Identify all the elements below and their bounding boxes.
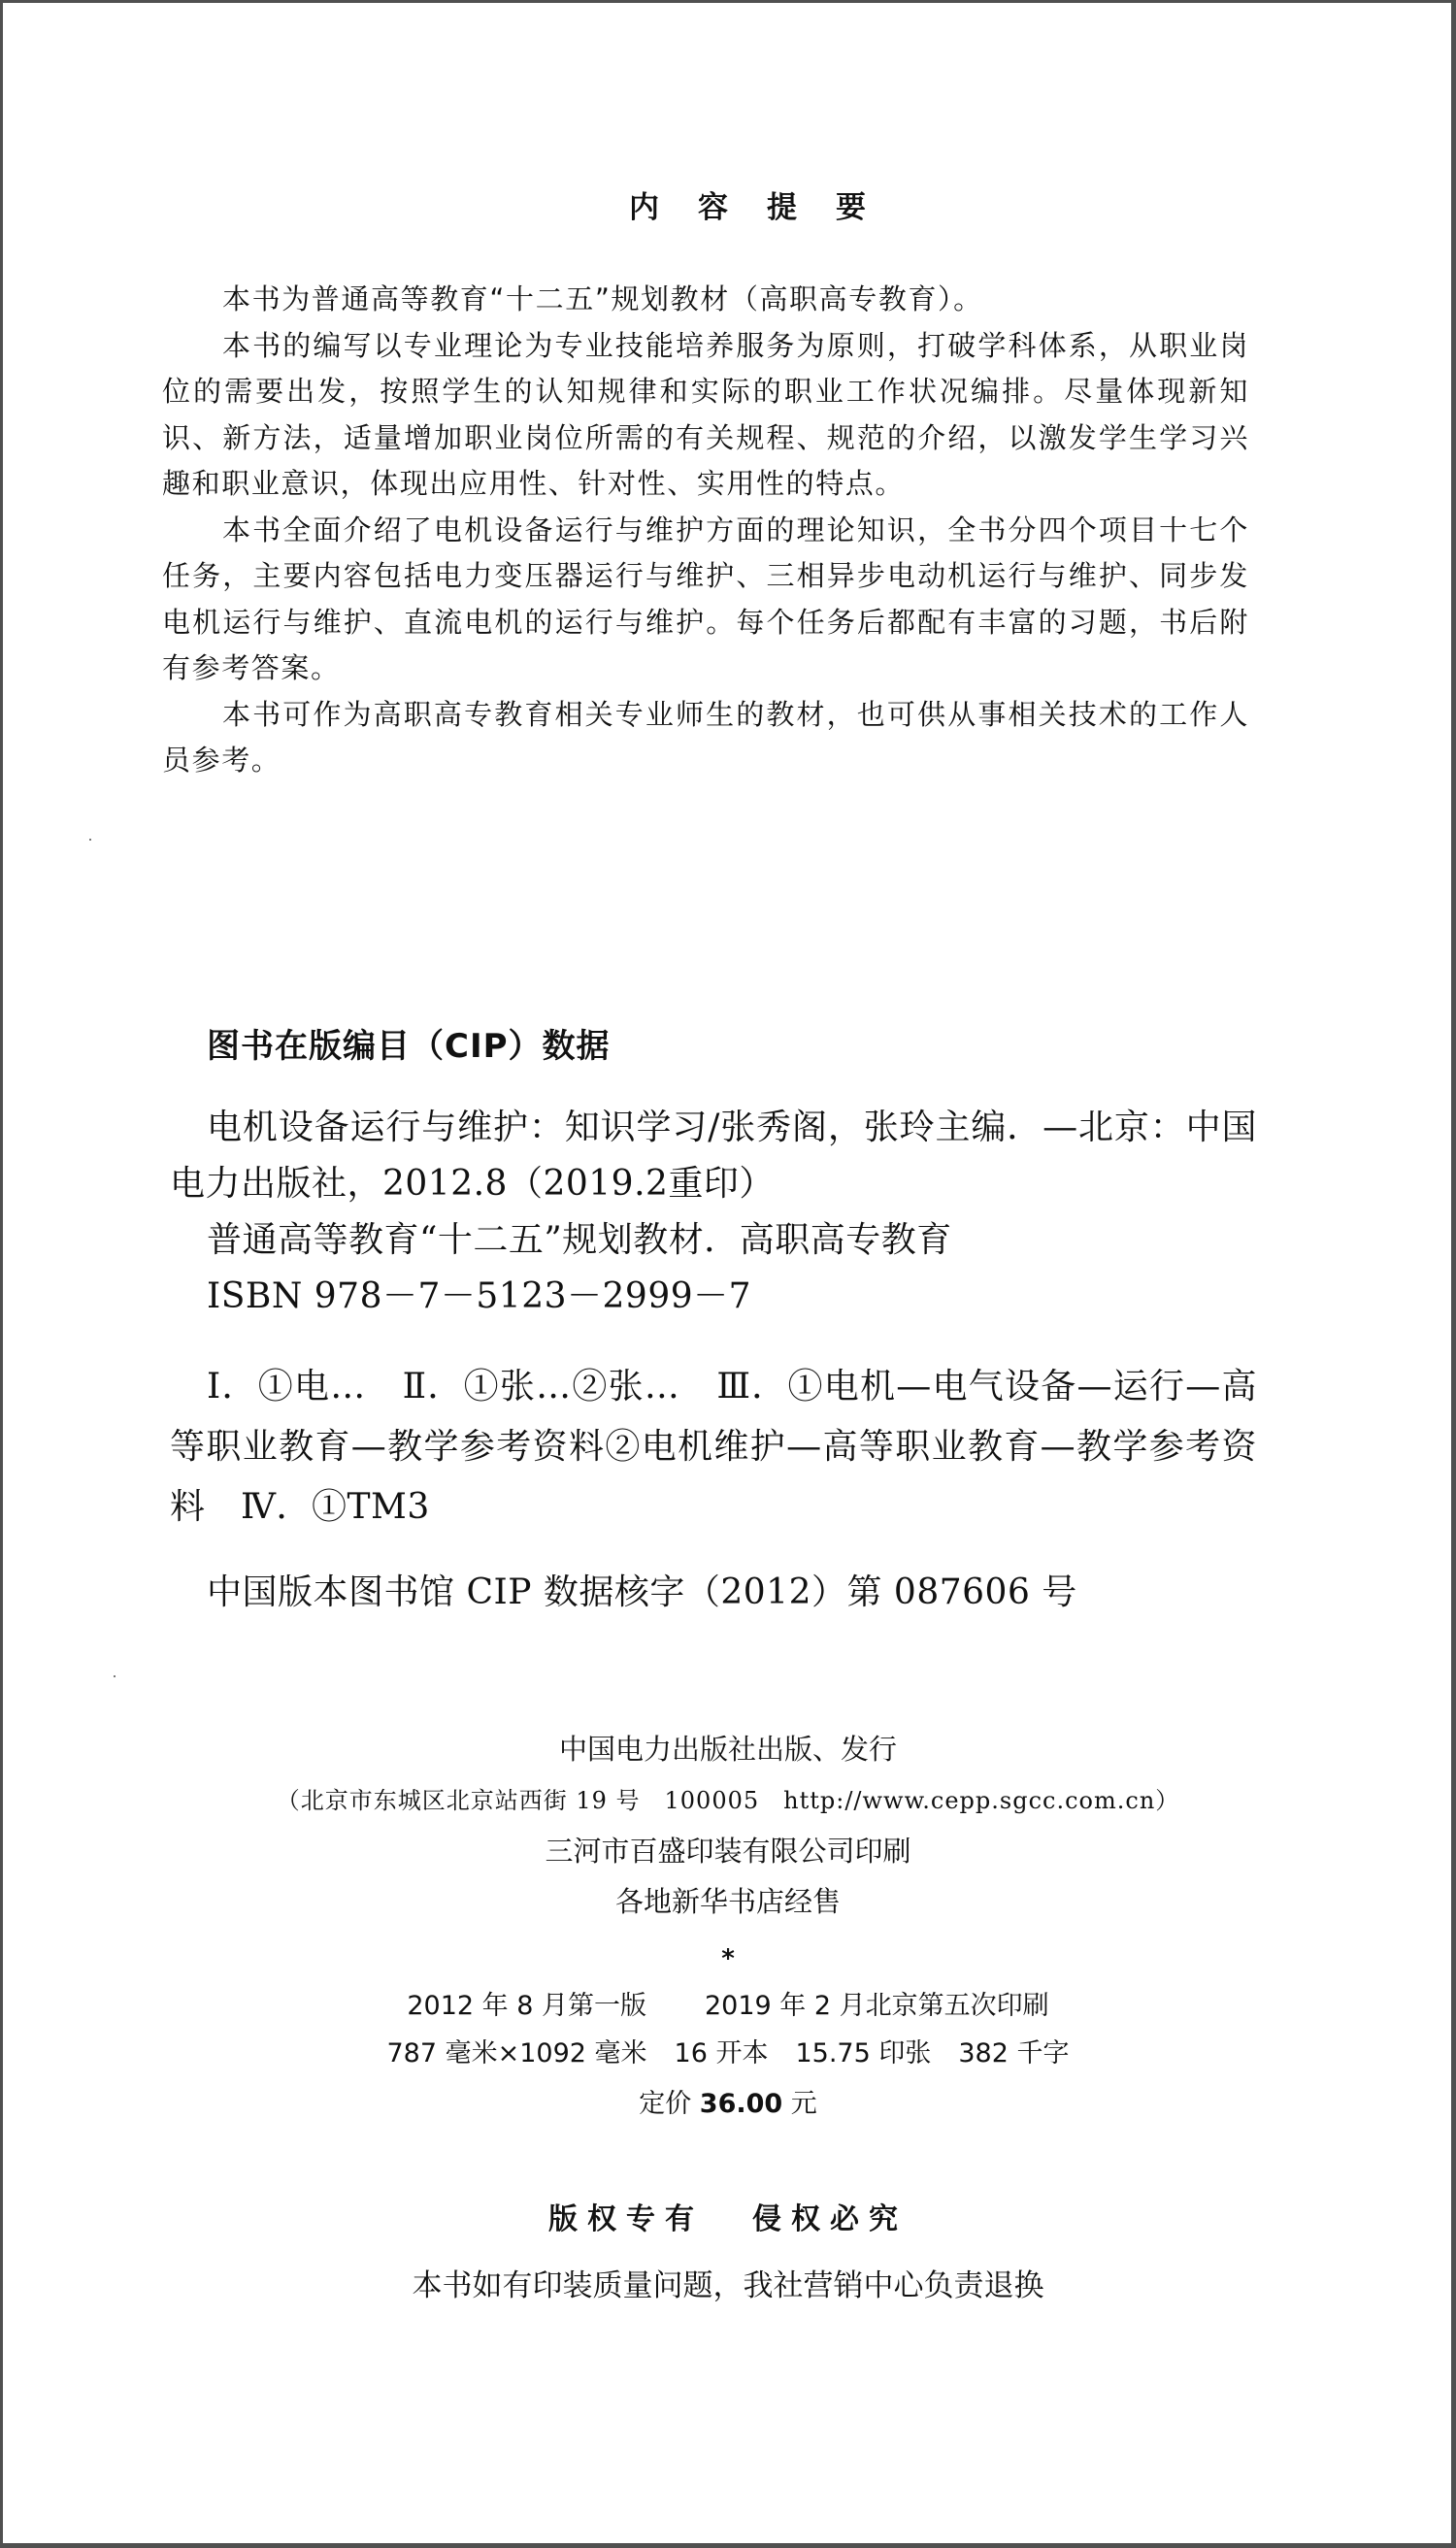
word-count: 382 千字 [958,2038,1069,2068]
summary-paragraph: 本书的编写以专业理论为专业技能培养服务为原则，打破学科体系，从职业岗位的需要出发… [162,323,1249,508]
cip-number-block: 中国版本图书馆 CIP 数据核字（2012）第 087606 号 [170,1565,1257,1621]
seller-info: 各地新华书店经售 [0,1888,1456,1916]
summary-title: 内容提要 [0,193,1456,223]
cip-classification-block: Ⅰ．①电… Ⅱ．①张…②张… Ⅲ．①电机—电气设备—运行—高等职业教育—教学参考… [170,1357,1257,1538]
folio: 16 开本 [675,2038,769,2068]
cip-description-block: 电机设备运行与维护：知识学习/张秀阁，张玲主编．—北京：中国电力出版社，2012… [170,1100,1257,1325]
scan-speck [114,1675,116,1677]
publisher-name: 中国电力出版社出版、发行 [0,1736,1456,1764]
scan-speck [89,839,91,841]
cip-classification: Ⅰ．①电… Ⅱ．①张…②张… Ⅲ．①电机—电气设备—运行—高等职业教育—教学参考… [170,1357,1257,1538]
cip-heading: 图书在版编目（CIP）数据 [207,1030,611,1063]
summary-paragraph: 本书为普通高等教育“十二五”规划教材（高职高专教育）。 [162,277,1249,323]
printing-info: 2019 年 2 月北京第五次印刷 [705,1991,1049,2021]
book-specs: 787 毫米×1092 毫米16 开本15.75 印张382 千字 [0,2040,1456,2067]
copyright-notice: 本书如有印装质量问题，我社营销中心负责退换 [0,2271,1456,2301]
cip-series: 普通高等教育“十二五”规划教材．高职高专教育 [170,1212,1257,1269]
edition-info: 2012 年 8 月第一版2019 年 2 月北京第五次印刷 [0,1993,1456,2019]
printer-info: 三河市百盛印装有限公司印刷 [0,1837,1456,1866]
price-unit: 元 [791,2089,817,2119]
price-line: 定价 36.00 元 [0,2091,1456,2117]
summary-paragraph: 本书全面介绍了电机设备运行与维护方面的理论知识，全书分四个项目十七个任务，主要内… [162,508,1249,692]
price-label: 定价 [639,2089,691,2119]
printed-sheets: 15.75 印张 [795,2038,931,2068]
cip-number: 中国版本图书馆 CIP 数据核字（2012）第 087606 号 [170,1565,1257,1621]
first-edition: 2012 年 8 月第一版 [407,1991,646,2021]
summary-body: 本书为普通高等教育“十二五”规划教材（高职高专教育）。 本书的编写以专业理论为专… [162,277,1249,784]
price-value: 36.00 [700,2089,782,2119]
format-size: 787 毫米×1092 毫米 [386,2038,646,2068]
copyright-left: 版权专有 [548,2202,704,2236]
cip-isbn: ISBN 978－7－5123－2999－7 [170,1269,1257,1325]
copyright-heading: 版权专有侵权必究 [0,2205,1456,2234]
separator-star: * [0,1946,1456,1971]
copyright-right: 侵权必究 [752,2202,908,2236]
cip-description: 电机设备运行与维护：知识学习/张秀阁，张玲主编．—北京：中国电力出版社，2012… [170,1100,1257,1212]
publisher-address: （北京市东城区北京站西街 19 号 100005 http://www.cepp… [0,1789,1456,1812]
summary-paragraph: 本书可作为高职高专教育相关专业师生的教材，也可供从事相关技术的工作人员参考。 [162,692,1249,784]
